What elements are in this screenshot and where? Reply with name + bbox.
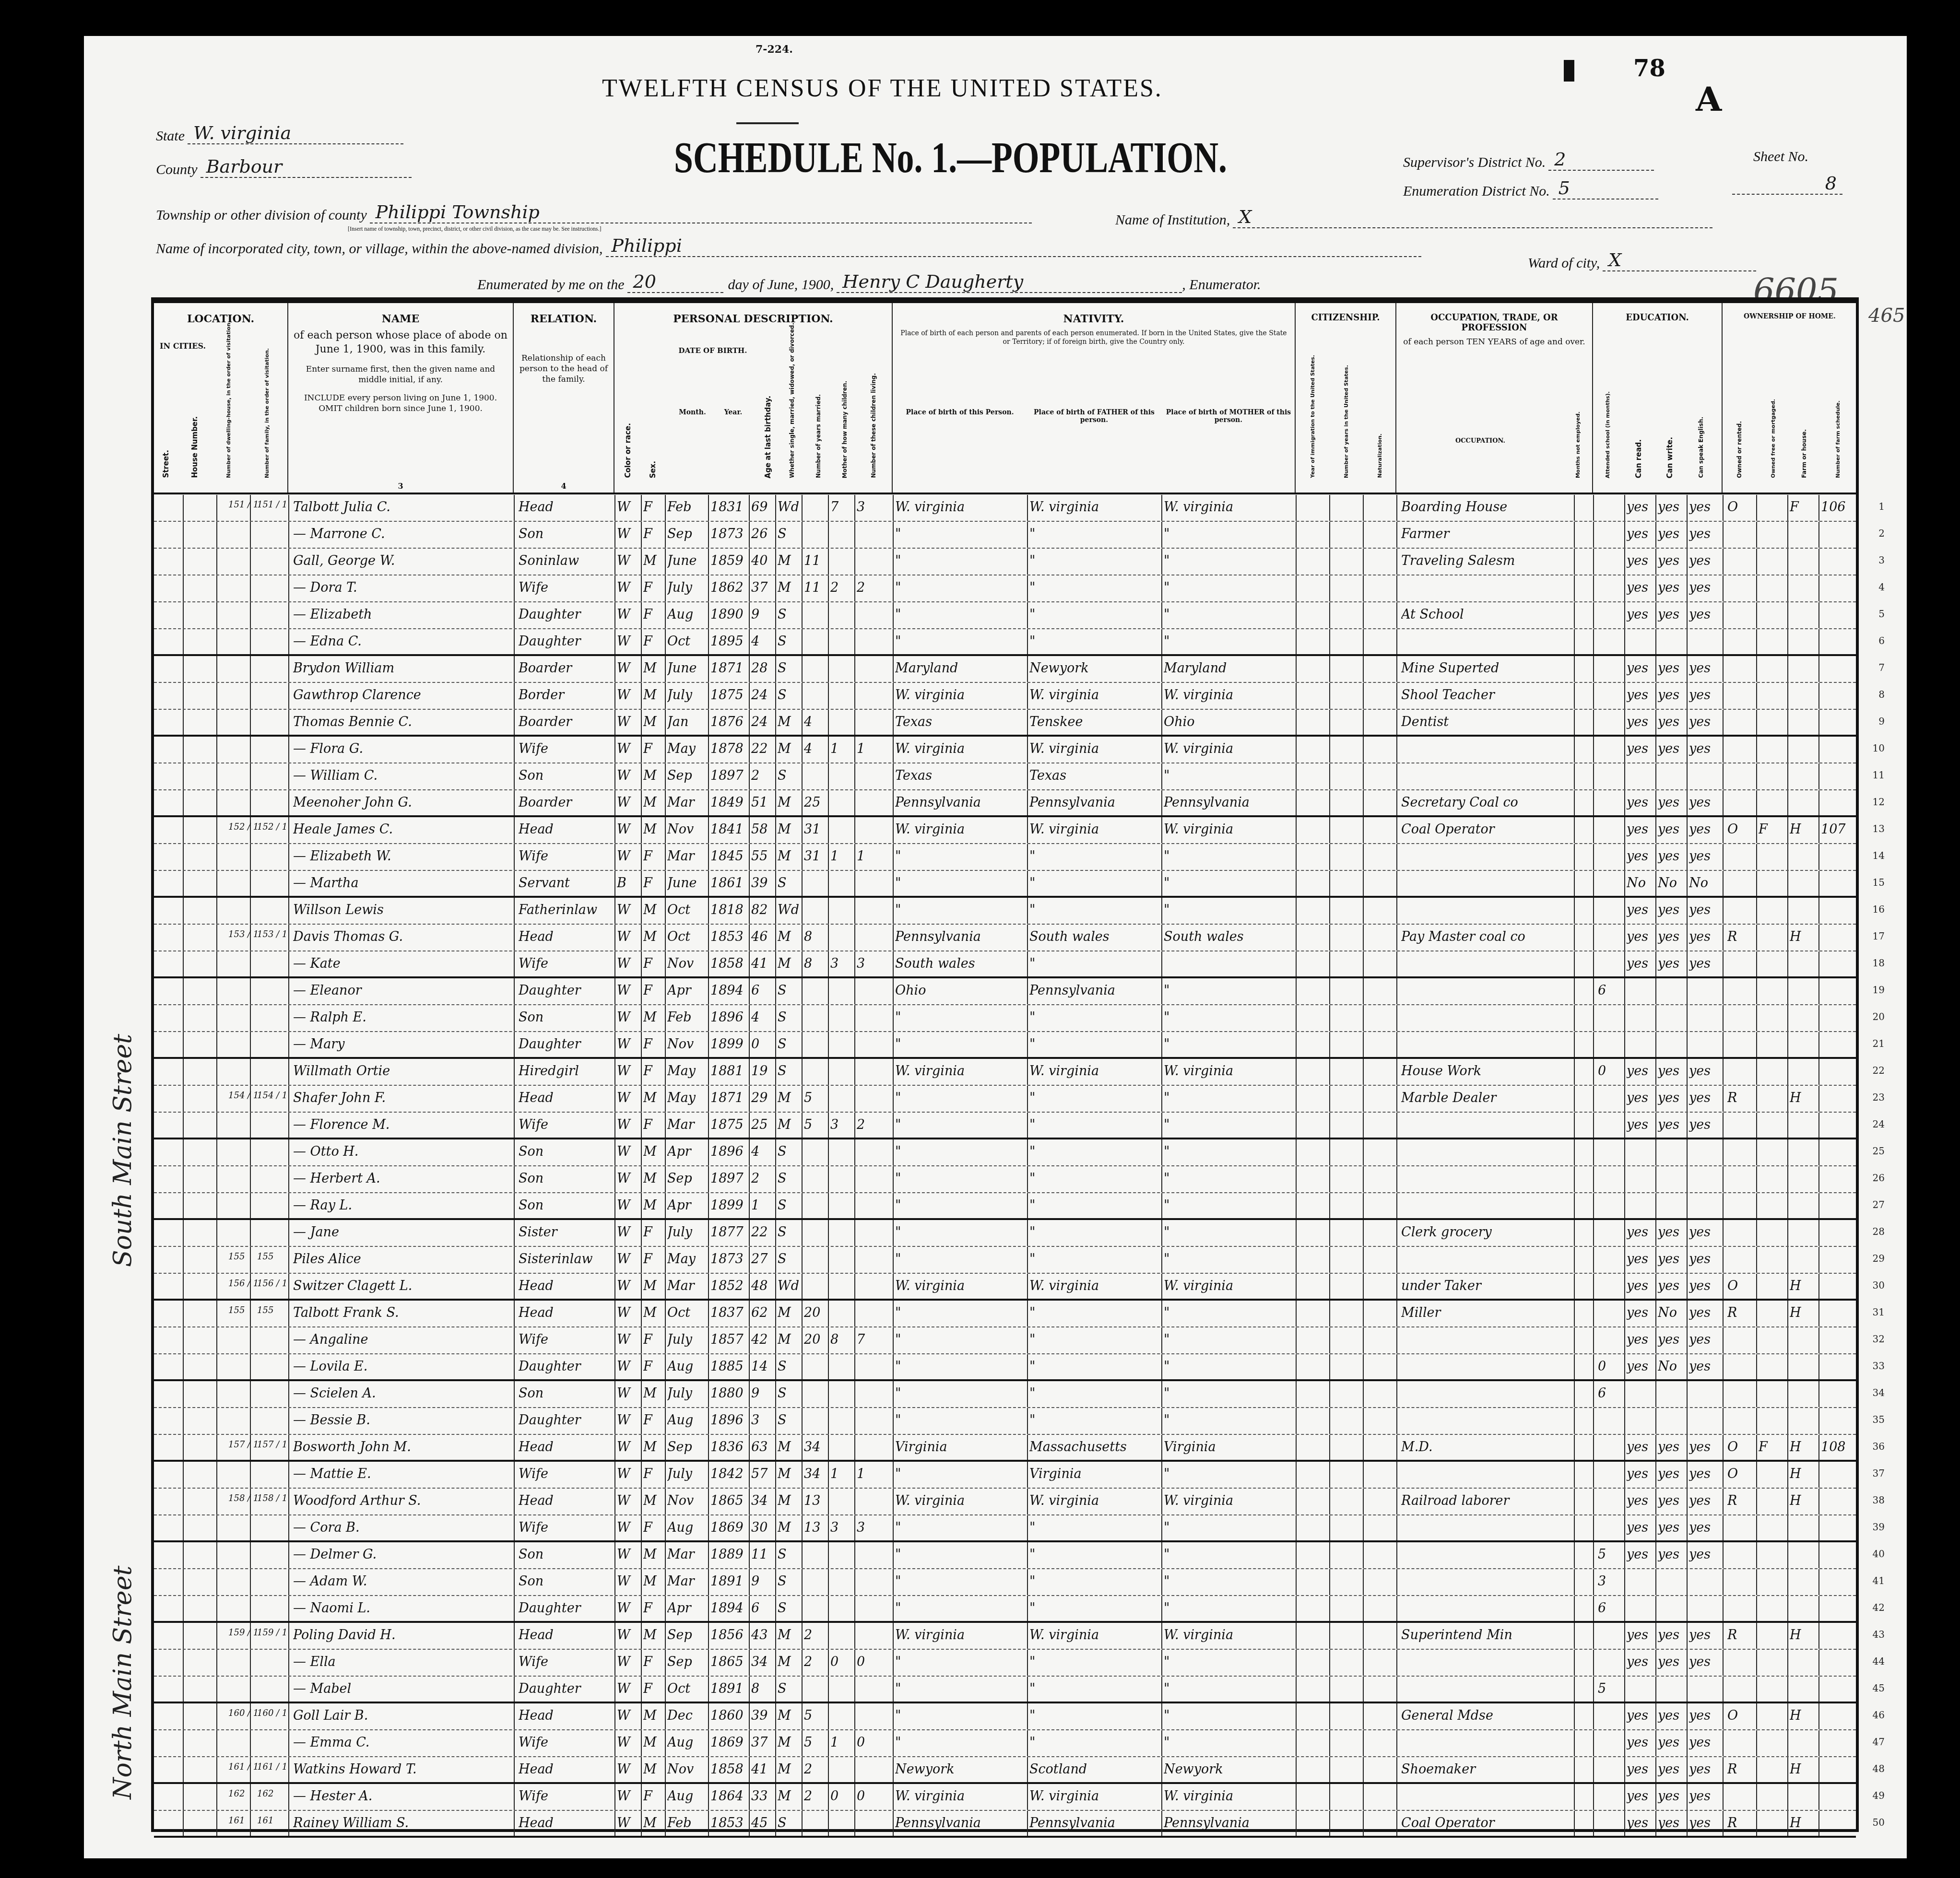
- column-rule: [1818, 1596, 1819, 1621]
- column-rule: [1396, 1301, 1397, 1326]
- cell-read: yes: [1627, 1493, 1655, 1508]
- column-rule: [1396, 1005, 1397, 1031]
- cell-month: Aug: [667, 1359, 708, 1374]
- cell-sex: F: [643, 527, 665, 541]
- cell-write: yes: [1658, 1225, 1687, 1240]
- column-rule: [854, 1784, 855, 1810]
- cell-mother-of: 1: [830, 849, 854, 864]
- cell-relation: Head: [519, 1816, 612, 1831]
- cell-year: 1858: [710, 956, 749, 971]
- column-rule: [1787, 1784, 1788, 1810]
- column-rule: [802, 629, 803, 654]
- column-rule: [514, 844, 515, 870]
- column-rule: [1296, 1381, 1297, 1407]
- cell-month: Aug: [667, 1520, 708, 1535]
- column-rule: [828, 1354, 829, 1379]
- cell-farm: H: [1790, 1440, 1818, 1455]
- column-rule: [828, 1811, 829, 1836]
- column-rule: [1027, 925, 1028, 951]
- cell-mother: Maryland: [1164, 661, 1293, 676]
- cell-relation: Head: [519, 1628, 612, 1643]
- column-rule: [183, 763, 184, 789]
- cell-marital: S: [778, 1681, 802, 1696]
- column-rule: [614, 1139, 615, 1165]
- column-rule: [1756, 602, 1757, 628]
- column-rule: [802, 1650, 803, 1676]
- column-rule: [1329, 1139, 1330, 1165]
- column-rule: [775, 1166, 776, 1192]
- column-rule: [802, 1596, 803, 1621]
- column-rule: [183, 1086, 184, 1112]
- column-rule: [1027, 1139, 1028, 1165]
- column-rule: [708, 1247, 709, 1273]
- column-rule: [641, 1677, 642, 1702]
- cell-age: 33: [751, 1789, 775, 1804]
- cell-mother: ": [1164, 1117, 1293, 1132]
- column-rule: [614, 978, 615, 1004]
- column-rule: [1574, 737, 1575, 763]
- column-rule: [514, 549, 515, 575]
- column-rule: [1687, 602, 1688, 628]
- column-rule: [216, 1113, 217, 1138]
- column-rule: [1818, 495, 1819, 521]
- cell-name: Davis Thomas G.: [293, 929, 511, 944]
- column-rule: [1593, 1381, 1594, 1407]
- cell-mortgage: F: [1759, 1440, 1787, 1455]
- column-rule: [183, 1301, 184, 1326]
- column-rule: [1027, 1032, 1028, 1057]
- column-rule: [1363, 656, 1364, 682]
- column-rule: [854, 763, 855, 789]
- column-rule: [828, 1515, 829, 1540]
- cell-mother-of: 7: [830, 500, 854, 515]
- column-rule: [641, 1354, 642, 1379]
- cell-mother: ": [1164, 983, 1293, 998]
- column-rule: [1593, 763, 1594, 789]
- cell-sex: F: [643, 1467, 665, 1481]
- column-rule: [893, 1059, 894, 1085]
- cell-living: 1: [857, 741, 881, 756]
- column-rule: [1624, 1247, 1625, 1273]
- column-rule: [1363, 1650, 1364, 1676]
- cell-sex: F: [643, 1681, 665, 1696]
- column-rule: [1787, 1730, 1788, 1756]
- column-rule: [1574, 1247, 1575, 1273]
- cell-birth: ": [895, 1574, 1025, 1589]
- column-rule: [216, 1703, 217, 1729]
- column-rule: [250, 1381, 251, 1407]
- cell-farm: H: [1790, 822, 1818, 837]
- column-rule: [665, 1408, 666, 1434]
- column-rule: [749, 549, 750, 575]
- column-rule: [614, 602, 615, 628]
- column-rule: [854, 602, 855, 628]
- column-rule: [665, 1542, 666, 1568]
- column-rule: [749, 1274, 750, 1299]
- cell-owned: O: [1727, 822, 1756, 837]
- column-rule: [1027, 1005, 1028, 1031]
- column-rule: [749, 817, 750, 843]
- cell-birth: W. virginia: [895, 1279, 1025, 1293]
- cell-month: Oct: [667, 903, 708, 917]
- column-rule: [514, 575, 515, 601]
- cell-color: W: [617, 1279, 638, 1293]
- column-rule: [1574, 1811, 1575, 1836]
- column-rule: [828, 1462, 829, 1488]
- cell-sex: M: [643, 688, 665, 703]
- column-rule: [1161, 1354, 1162, 1379]
- cell-mother: ": [1164, 1091, 1293, 1105]
- column-rule: [641, 1327, 642, 1353]
- column-rule: [1687, 763, 1688, 789]
- column-rule: [802, 871, 803, 896]
- column-rule: [1818, 1274, 1819, 1299]
- column-rule: [1396, 1569, 1397, 1595]
- column-rule: [1655, 1274, 1656, 1299]
- cell-name: Gall, George W.: [293, 553, 511, 568]
- cell-year: 1841: [710, 822, 749, 837]
- column-rule: [1787, 763, 1788, 789]
- column-rule: [216, 1596, 217, 1621]
- column-rule: [1296, 1542, 1297, 1568]
- column-rule: [1818, 1569, 1819, 1595]
- column-rule: [288, 817, 289, 843]
- cell-father: Tenskee: [1029, 715, 1159, 729]
- column-rule: [1818, 1542, 1819, 1568]
- cell-marital: S: [778, 1413, 802, 1428]
- cell-father: ": [1029, 1010, 1159, 1025]
- cell-name: — Adam W.: [293, 1574, 511, 1589]
- cell-relation: Head: [519, 1762, 612, 1777]
- column-rule: [216, 710, 217, 735]
- cell-father: ": [1029, 527, 1159, 541]
- column-rule: [1396, 737, 1397, 763]
- column-rule: [1574, 1623, 1575, 1649]
- column-rule: [514, 1703, 515, 1729]
- cell-read: yes: [1627, 795, 1655, 810]
- column-rule: [1593, 1542, 1594, 1568]
- column-rule: [1329, 978, 1330, 1004]
- cell-write: yes: [1658, 553, 1687, 568]
- column-rule: [1027, 871, 1028, 896]
- cell-father: ": [1029, 1681, 1159, 1696]
- column-rule: [1363, 1113, 1364, 1138]
- column-rule: [216, 1650, 217, 1676]
- column-rule: [1756, 1059, 1757, 1085]
- column-rule: [775, 1274, 776, 1299]
- cell-marital: S: [778, 1144, 802, 1159]
- column-rule: [775, 790, 776, 815]
- column-rule: [288, 1730, 289, 1756]
- column-rule: [893, 1193, 894, 1218]
- column-rule: [1655, 1515, 1656, 1540]
- column-rule: [1756, 1435, 1757, 1460]
- column-rule: [1574, 1462, 1575, 1488]
- column-rule: [1161, 549, 1162, 575]
- cell-year: 1818: [710, 903, 749, 917]
- cell-name: — Mabel: [293, 1681, 511, 1696]
- column-rule: [1296, 1596, 1297, 1621]
- column-rule: [802, 1301, 803, 1326]
- column-rule: [775, 1408, 776, 1434]
- cell-yrs-married: 4: [804, 715, 828, 729]
- cell-sex: F: [643, 634, 665, 649]
- cell-name: Willson Lewis: [293, 903, 511, 917]
- column-rule: [1574, 629, 1575, 654]
- cell-family: 157 / 156: [257, 1440, 286, 1450]
- column-rule: [1296, 1274, 1297, 1299]
- column-rule: [708, 951, 709, 976]
- cell-relation: Son: [519, 1171, 612, 1186]
- column-rule: [708, 1569, 709, 1595]
- cell-year: 1899: [710, 1037, 749, 1052]
- cell-write: yes: [1658, 715, 1687, 729]
- column-rule: [288, 1113, 289, 1138]
- column-rule: [749, 1784, 750, 1810]
- column-rule: [1027, 1193, 1028, 1218]
- cell-relation: Boarder: [519, 715, 612, 729]
- column-rule: [1396, 1139, 1397, 1165]
- column-rule: [893, 1139, 894, 1165]
- column-rule: [614, 683, 615, 709]
- column-rule: [893, 1408, 894, 1434]
- column-rule: [828, 683, 829, 709]
- cell-father: ": [1029, 1091, 1159, 1105]
- cell-father: ": [1029, 1601, 1159, 1616]
- column-rule: [749, 1086, 750, 1112]
- cell-year: 1865: [710, 1655, 749, 1669]
- column-rule: [854, 1730, 855, 1756]
- column-rule: [216, 1569, 217, 1595]
- column-rule: [1329, 844, 1330, 870]
- table-row: — Cora B.WifeWFAug186930M1333"""yesyesye…: [154, 1515, 1856, 1542]
- column-rule: [749, 1569, 750, 1595]
- column-rule: [183, 1032, 184, 1057]
- page-letter: A: [1696, 79, 1722, 119]
- cell-relation: Wife: [519, 956, 612, 971]
- cell-marital: S: [778, 607, 802, 622]
- column-rule: [641, 790, 642, 815]
- column-rule: [1363, 1354, 1364, 1379]
- cell-month: Aug: [667, 1789, 708, 1804]
- column-rule: [665, 1623, 666, 1649]
- header-education: EDUCATION. Attended school (in months). …: [1593, 303, 1723, 493]
- cell-write: yes: [1658, 741, 1687, 756]
- column-rule: [1687, 522, 1688, 548]
- column-rule: [893, 1757, 894, 1782]
- column-rule: [1363, 1784, 1364, 1810]
- column-rule: [1624, 1032, 1625, 1057]
- column-rule: [775, 871, 776, 896]
- column-rule: [1396, 1811, 1397, 1836]
- table-row: — William C.SonWMSep18972STexasTexas"11: [154, 763, 1856, 790]
- column-rule: [1161, 1596, 1162, 1621]
- cell-father: South wales: [1029, 929, 1159, 944]
- column-rule: [1593, 1327, 1594, 1353]
- column-rule: [641, 495, 642, 521]
- column-rule: [514, 1301, 515, 1326]
- institution-field: Name of Institution, X: [1115, 206, 1712, 228]
- cell-marital: S: [778, 768, 802, 783]
- column-rule: [665, 1005, 666, 1031]
- cell-name: Gawthrop Clarence: [293, 688, 511, 703]
- column-rule: [1396, 549, 1397, 575]
- cell-month: June: [667, 661, 708, 676]
- column-rule: [1624, 737, 1625, 763]
- cell-sex: M: [643, 1762, 665, 1777]
- cell-birth: ": [895, 634, 1025, 649]
- column-rule: [1624, 1703, 1625, 1729]
- column-rule: [854, 629, 855, 654]
- column-rule: [1687, 629, 1688, 654]
- cell-birth: ": [895, 1708, 1025, 1723]
- column-rule: [1329, 1515, 1330, 1540]
- cell-sex: M: [643, 768, 665, 783]
- cell-year: 1871: [710, 661, 749, 676]
- cell-marital: M: [778, 1762, 802, 1777]
- cell-occupation: Superintend Min: [1401, 1628, 1574, 1643]
- column-rule: [1574, 1032, 1575, 1057]
- column-rule: [749, 1703, 750, 1729]
- cell-year: 1849: [710, 795, 749, 810]
- header-location: LOCATION. IN CITIES. Street. House Numbe…: [154, 303, 288, 493]
- column-rule: [1363, 1703, 1364, 1729]
- cell-read: yes: [1627, 741, 1655, 756]
- column-rule: [1723, 978, 1724, 1004]
- cell-relation: Wife: [519, 1655, 612, 1669]
- column-rule: [802, 763, 803, 789]
- cell-birth: ": [895, 1037, 1025, 1052]
- column-rule: [1296, 1784, 1297, 1810]
- cell-school: 0: [1598, 1359, 1622, 1374]
- column-rule: [1027, 602, 1028, 628]
- cell-occupation: Shoemaker: [1401, 1762, 1574, 1777]
- column-rule: [1687, 1327, 1688, 1353]
- cell-father: Texas: [1029, 768, 1159, 783]
- column-rule: [614, 1301, 615, 1326]
- line-number: 26: [1873, 1172, 1885, 1184]
- cell-owned: R: [1727, 1628, 1756, 1643]
- cell-father: W. virginia: [1029, 1064, 1159, 1079]
- column-rule: [1593, 1220, 1594, 1246]
- cell-dwelling: 161: [228, 1816, 257, 1826]
- cell-name: Meenoher John G.: [293, 795, 511, 810]
- table-row: — Ray L.SonWMApr18991S"""27: [154, 1193, 1856, 1220]
- cell-marital: M: [778, 1735, 802, 1750]
- column-rule: [1756, 1301, 1757, 1326]
- column-rule: [749, 763, 750, 789]
- column-rule: [854, 656, 855, 682]
- column-rule: [775, 898, 776, 924]
- column-rule: [1655, 1381, 1656, 1407]
- column-rule: [250, 1193, 251, 1218]
- column-rule: [1027, 1059, 1028, 1085]
- cell-marital: M: [778, 1493, 802, 1508]
- column-rule: [854, 1811, 855, 1836]
- column-rule: [250, 549, 251, 575]
- cell-mother: Ohio: [1164, 715, 1293, 729]
- column-rule: [854, 683, 855, 709]
- column-rule: [1161, 1703, 1162, 1729]
- column-rule: [665, 549, 666, 575]
- column-rule: [1756, 1086, 1757, 1112]
- column-rule: [288, 629, 289, 654]
- table-row: — KateWifeWFNov185841M833South wales"yes…: [154, 951, 1856, 978]
- column-rule: [749, 1623, 750, 1649]
- column-rule: [1818, 1247, 1819, 1273]
- cell-dwelling: 152 / 151: [228, 822, 257, 832]
- cell-birth: ": [895, 553, 1025, 568]
- cell-mother: ": [1164, 1305, 1293, 1320]
- column-rule: [1329, 1489, 1330, 1514]
- column-rule: [802, 844, 803, 870]
- column-rule: [1329, 1193, 1330, 1218]
- column-rule: [641, 656, 642, 682]
- column-rule: [1161, 1677, 1162, 1702]
- cell-school: 6: [1598, 1386, 1622, 1401]
- cell-write: No: [1658, 1359, 1687, 1374]
- column-rule: [1624, 925, 1625, 951]
- line-number: 35: [1873, 1414, 1885, 1425]
- column-rule: [802, 1166, 803, 1192]
- cell-month: Mar: [667, 1117, 708, 1132]
- cell-english: yes: [1689, 715, 1718, 729]
- column-rule: [1787, 1462, 1788, 1488]
- cell-year: 1894: [710, 983, 749, 998]
- column-rule: [708, 1005, 709, 1031]
- column-rule: [708, 1301, 709, 1326]
- cell-name: Thomas Bennie C.: [293, 715, 511, 729]
- column-rule: [288, 737, 289, 763]
- column-rule: [216, 1381, 217, 1407]
- column-rule: [775, 1569, 776, 1595]
- column-rule: [708, 763, 709, 789]
- column-rule: [1574, 1677, 1575, 1702]
- cell-name: — Scielen A.: [293, 1386, 511, 1401]
- column-rule: [1296, 1515, 1297, 1540]
- cell-name: — Ella: [293, 1655, 511, 1669]
- column-rule: [1687, 1623, 1688, 1649]
- column-rule: [641, 1596, 642, 1621]
- column-rule: [183, 1489, 184, 1514]
- column-rule: [183, 1274, 184, 1299]
- column-rule: [641, 1032, 642, 1057]
- column-rule: [665, 925, 666, 951]
- cell-sex: M: [643, 1735, 665, 1750]
- column-rule: [893, 1677, 894, 1702]
- column-rule: [802, 575, 803, 601]
- cell-name: — Herbert A.: [293, 1171, 511, 1186]
- cell-farm: F: [1790, 500, 1818, 515]
- column-rule: [1818, 1113, 1819, 1138]
- column-rule: [854, 844, 855, 870]
- column-rule: [250, 1596, 251, 1621]
- column-rule: [1655, 737, 1656, 763]
- column-rule: [1687, 1113, 1688, 1138]
- cell-relation: Head: [519, 1279, 612, 1293]
- column-rule: [1593, 790, 1594, 815]
- column-rule: [1396, 1086, 1397, 1112]
- table-row: — AngalineWifeWFJuly185742M2087"""yesyes…: [154, 1327, 1856, 1354]
- column-rule: [1593, 1623, 1594, 1649]
- column-rule: [1723, 871, 1724, 896]
- column-rule: [708, 1730, 709, 1756]
- column-rule: [775, 844, 776, 870]
- column-rule: [1818, 1381, 1819, 1407]
- column-rule: [802, 1032, 803, 1057]
- cell-mother: ": [1164, 1601, 1293, 1616]
- cell-write: yes: [1658, 956, 1687, 971]
